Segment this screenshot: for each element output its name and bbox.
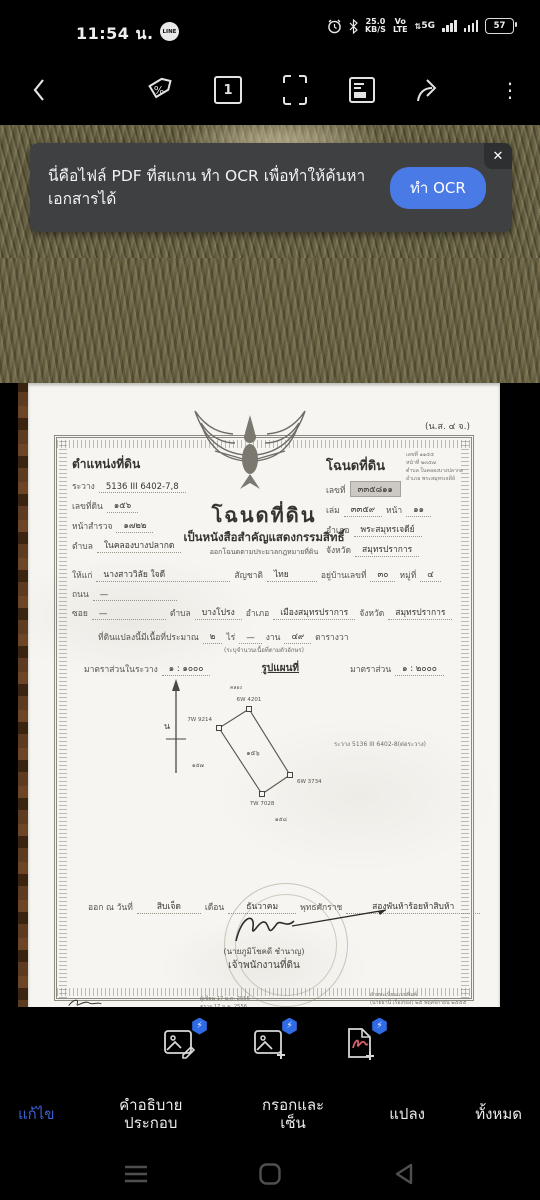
pdf-page-view[interactable]: (น.ส. ๔ จ.) [0, 125, 540, 1007]
grantee-line: ให้แก่ นางสาววิลัย ใจดี สัญชาติ ไทย อยู่… [72, 567, 441, 582]
tab-fill-sign[interactable]: กรอกและ เซ็น [247, 1096, 339, 1132]
signal-bars-sim1 [442, 20, 457, 32]
alarm-icon [327, 19, 342, 34]
area-note: (ระบุจำนวนเนื้อที่ตามตัวอักษร) [28, 645, 500, 655]
back-nav-button[interactable] [389, 1159, 419, 1189]
svg-text:%: % [154, 84, 164, 97]
reader-mode-button[interactable] [345, 73, 379, 107]
svg-text:๑๕๗: ๑๕๗ [192, 763, 204, 769]
law-line: ออกโฉนดตามประมวลกฎหมายที่ดิน [28, 547, 500, 558]
map-sheet-note: ระวาง 5136 III 6402-8(ต่อระวาง) [334, 739, 464, 749]
road-line: ถนน — [72, 587, 177, 601]
crop-view-button[interactable] [278, 73, 312, 107]
deed-subtitle: เป็นหนังสือสำคัญแสดงกรรมสิทธิ์ [28, 529, 500, 547]
svg-text:๑๕๖: ๑๕๖ [246, 749, 259, 757]
network-speed: 25.0 KB/S [365, 18, 386, 34]
signer-title: เจ้าพนักงานที่ดิน [28, 958, 500, 973]
address-line: ซอย — ตำบล บางโปรง อำเภอ เมืองสมุทรปรากา… [72, 605, 452, 620]
back-button[interactable] [22, 73, 56, 107]
form-code: (น.ส. ๔ จ.) [425, 419, 470, 433]
registry-left-signatures: (นายชัยรัตน์ ลือนาม) (นางบุญมี ดวงดี) (น… [64, 997, 194, 1007]
pdf-toolbar: % 1 ⋮ [0, 55, 540, 125]
area-line: ที่ดินแปลงนี้มีเนื้อที่ประมาณ ๒ ไร่ — งา… [98, 629, 348, 644]
share-button[interactable] [412, 73, 446, 107]
sign-document-button[interactable]: ⚡ [340, 1024, 380, 1064]
svg-text:๑๕๘: ๑๕๘ [275, 817, 287, 823]
overflow-menu-button[interactable]: ⋮ [500, 78, 520, 102]
tab-annotate[interactable]: คำอธิบาย ประกอบ [105, 1096, 197, 1132]
land-deed-page: (น.ส. ๔ จ.) [28, 383, 500, 1007]
tag-discount-button[interactable]: % [144, 73, 178, 107]
ocr-banner-message: นี่คือไฟล์ PDF ที่สแกน ทำ OCR เพื่อทำให้… [48, 165, 378, 210]
ocr-run-button[interactable]: ทำ OCR [390, 167, 486, 209]
close-icon[interactable]: ✕ [484, 143, 512, 169]
wood-table-edge-left [18, 383, 28, 1007]
svg-text:7W 7028: 7W 7028 [250, 801, 275, 807]
android-nav-bar [0, 1148, 540, 1200]
tab-convert[interactable]: แปลง [389, 1105, 425, 1123]
network-type: ⇅ 5G [415, 21, 435, 31]
tab-edit[interactable]: แก้ไข [18, 1105, 55, 1123]
signer-name: (นายภูมิโชคดี ชำนาญ) [28, 945, 500, 958]
app-screen: 11:54 น. LINE 25.0 KB/S Vo LTE ⇅ 5G [0, 0, 540, 1200]
deed-title: โฉนดที่ดิน [28, 499, 500, 531]
volte-badge: Vo LTE [393, 18, 408, 34]
svg-text:6W 3734: 6W 3734 [297, 779, 322, 785]
deed-number-highlight: ๓๓๕๘๑๑ [350, 481, 401, 497]
page-number-button[interactable]: 1 [211, 73, 245, 107]
svg-text:6W 4201: 6W 4201 [237, 697, 262, 703]
svg-text:7W 9214: 7W 9214 [187, 717, 212, 723]
edit-image-button[interactable]: ⚡ [160, 1024, 200, 1064]
ocr-banner: นี่คือไฟล์ PDF ที่สแกน ทำ OCR เพื่อทำให้… [30, 143, 512, 232]
bluetooth-icon [349, 19, 358, 34]
bottom-tab-bar: แก้ไข คำอธิบาย ประกอบ กรอกและ เซ็น แปลง … [0, 1080, 540, 1148]
registry-date-stamps: ผู้เขียน 17 ม.ค. 2556 ตรวจ 17 ม.ค. 2556 … [200, 995, 290, 1007]
recents-button[interactable] [121, 1159, 151, 1189]
margin-notes: เลขที่ ๑๑๕๕ หน้าที่ ๒๓๕๗ ตำบล ในคลองบางป… [406, 451, 468, 483]
ai-edit-toolbar: ⚡ ⚡ ⚡ [0, 1007, 540, 1080]
registry-right-notes: ฝ่ายทะเบียนแบบพิมพ์ (นายธานี เรืองรอง) ๒… [370, 991, 482, 1007]
battery-indicator: 57 [485, 18, 514, 34]
tab-all[interactable]: ทั้งหมด [475, 1105, 522, 1123]
svg-text:คลอง: คลอง [230, 685, 242, 691]
signal-bars-sim2 [464, 20, 479, 32]
line-notification-icon: LINE [160, 22, 179, 41]
home-button[interactable] [255, 1159, 285, 1189]
grass-background-lower [0, 258, 540, 383]
land-plot-map: 6W 4201 7W 9214 6W 3734 7W 7028 ๑๕๖ ๑๕๗ … [178, 683, 388, 825]
scale-line: มาตราส่วนในระวาง๑ : ๑๐๐๐ รูปแผนที่ มาตรา… [84, 661, 444, 676]
status-bar: 11:54 น. LINE 25.0 KB/S Vo LTE ⇅ 5G [0, 0, 540, 55]
add-image-button[interactable]: ⚡ [250, 1024, 290, 1064]
clock: 11:54 น. [76, 22, 154, 47]
svg-text:น: น [164, 722, 170, 732]
